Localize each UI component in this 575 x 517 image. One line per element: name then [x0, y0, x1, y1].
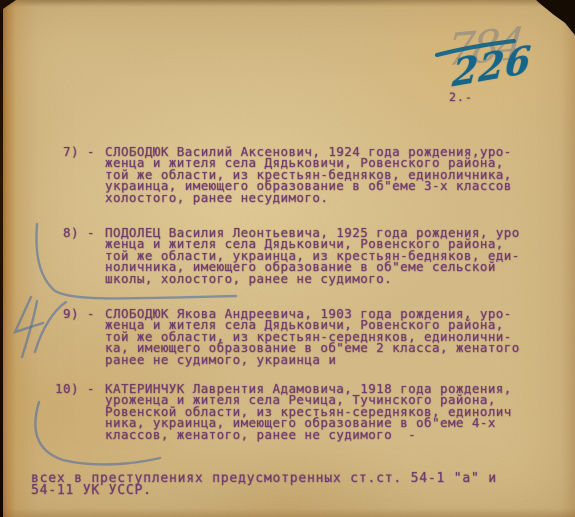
text-line: холостого, ранее несудимого. — [105, 192, 575, 203]
scanned-document-page: 784 226 2.- 7) - СЛОБОДЮК Василий Аксено… — [0, 0, 575, 517]
paragraph-number: 10) - — [55, 383, 95, 394]
paragraph-number: 9) - — [63, 308, 95, 319]
text-line: классов, женатого, ранее не судимого - — [105, 429, 575, 440]
paragraph-9: 9) - СЛОБОДЮК Якова Андреевича, 1903 год… — [0, 308, 575, 365]
paragraph-8: 8) - ПОДОЛЕЦ Василия Леонтьевича, 1925 г… — [0, 227, 575, 284]
footer-text-block: всех в преступлениях предусмотренных ст.… — [31, 473, 497, 496]
typed-page-number: 2.- — [449, 90, 473, 104]
paragraph-7: 7) - СЛОБОДЮК Василий Аксенович, 1924 го… — [0, 146, 575, 203]
paragraph-number: 7) - — [63, 146, 95, 157]
paragraph-number: 8) - — [63, 227, 95, 238]
footer-line: 54-11 УК УССР. — [31, 485, 497, 497]
paragraph-10: 10) - КАТЕРИНЧУК Лаврентия Адамовича, 19… — [0, 383, 575, 440]
text-line: школы, холостого, ранее не судимого. — [105, 273, 575, 284]
text-line: ранее не судимого, украинца и — [105, 354, 575, 365]
torn-corner-top-left — [0, 0, 16, 11]
